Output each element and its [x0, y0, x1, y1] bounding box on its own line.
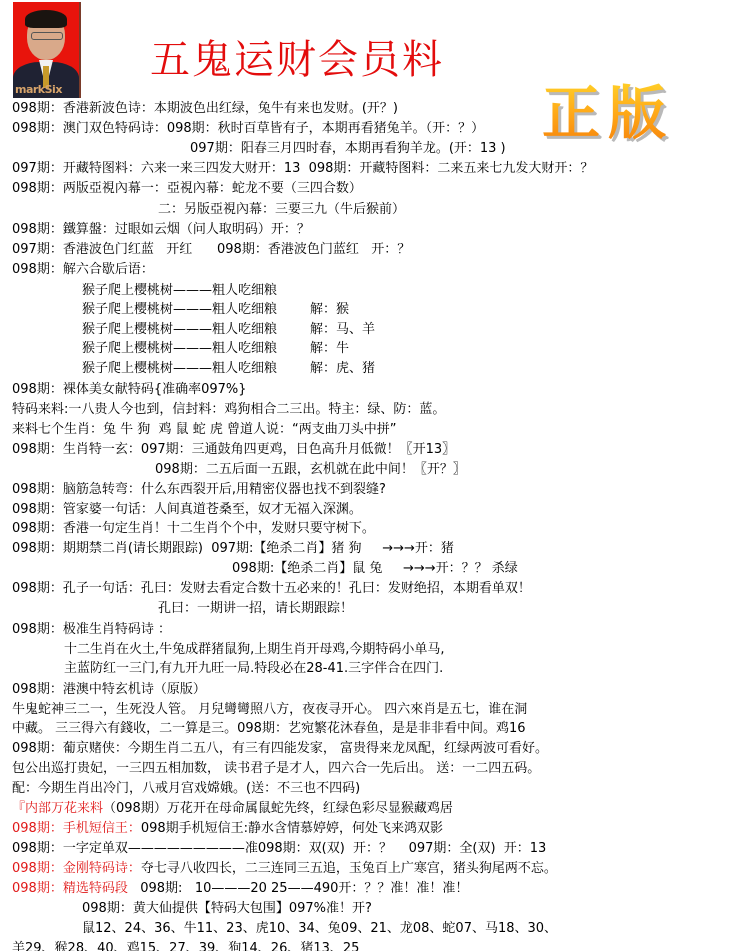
text-line: 098期:【绝杀二肖】鼠 兔 →→→开：？？ 杀绿 — [232, 560, 518, 578]
text-line: 098期：期期禁二肖(请长期跟踪) 097期:【绝杀二肖】猪 狗 →→→开：猪 — [12, 540, 454, 558]
line-text: 二：另版亞視內幕：三要三九（牛后猴前） — [158, 202, 405, 217]
text-line: 098期：脑筋急转弯：什么东西裂开后,用精密仪器也找不到裂缝? — [12, 481, 386, 499]
page-title: 五鬼运财会员料 — [150, 28, 444, 85]
text-line: 098期：澳门双色特码诗：098期：秋时百草皆有子，本期再看猪兔羊。（开：？） — [12, 120, 484, 138]
text-line: 猴子爬上樱桃树———粗人吃细粮 解：虎、猪 — [82, 360, 375, 378]
text-line: 猴子爬上樱桃树———粗人吃细粮 — [82, 282, 277, 300]
text-line: 098期：金刚特码诗：夺七寻八收四长，二三连同三五追，玉兔百上广寒宫，猪头狗尾两… — [12, 860, 557, 878]
line-text: 猴子爬上樱桃树———粗人吃细粮 解：牛 — [82, 341, 349, 356]
text-line: 牛鬼蛇神三二一，生死没人管。 月兒彎彎照八方，夜夜寻开心。 四六來肖是五七，谁在… — [12, 701, 527, 719]
line-text: 特码来料:一八贵人今也到，信封料：鸡狗相合二三出。特主：绿、防：蓝。 — [12, 402, 445, 417]
line-text: 猴子爬上樱桃树———粗人吃细粮 解：虎、猪 — [82, 361, 375, 376]
text-line: 098期：葡京赌侠：今期生肖二五八，有三有四能发家， 富贵得来龙凤配，红绿两波可… — [12, 740, 548, 758]
text-line: 十二生肖在火土,牛兔成群猪鼠狗,上期生肖开母鸡,今期特码小单马, — [64, 641, 445, 659]
line-text: 中藏。 三三得六有錢收，二一算是三。098期：艺宛繁花沐春鱼，是是非非看中间。鸡… — [12, 721, 526, 736]
line-text: 主蓝防红一三门,有九开九旺一局.特段必在28-41.三字伴合在四门. — [64, 661, 443, 676]
text-line: 包公出巡打贵妃，一三四五相加数， 读书君子是才人，四六合一先后出。 送：一二四五… — [12, 760, 540, 778]
line-text: 猴子爬上樱桃树———粗人吃细粮 解：马、羊 — [82, 322, 375, 337]
line-text: 098期：港澳中特玄机诗（原版） — [12, 682, 206, 697]
text-line: 098期：黄大仙提供【特码大包围】097%准！开? — [82, 900, 372, 918]
line-text: 098期：管家婆一句话：人间真道苍桑至，奴才无福入深渊。 — [12, 502, 362, 517]
line-text: 098期：香港新波色诗：本期波色出红绿，兔牛有来也发财。(开？) — [12, 101, 398, 116]
highlight-label: 『内部万花来料 — [12, 801, 103, 816]
line-text: 孔曰：一期讲一招，请长期跟踪！ — [158, 601, 353, 616]
text-line: 098期：鐵算盤：过眼如云烟（问人取明码）开：？ — [12, 221, 310, 239]
line-text: 098期：两版亞視內幕一：亞視內幕：蛇龙不要（三四合数） — [12, 181, 362, 196]
portrait-glasses-icon — [31, 32, 63, 40]
text-line: 羊29、猴28、40、鸡15、27、39、狗14、26、猪13、25 — [12, 940, 359, 951]
text-line: 098期：裸体美女献特码{准确率097%} — [12, 381, 247, 399]
line-text: 098期：葡京赌侠：今期生肖二五八，有三有四能发家， 富贵得来龙凤配，红绿两波可… — [12, 741, 548, 756]
text-line: 来料七个生肖：兔 牛 狗 鸡 鼠 蛇 虎 曾道人说：“两支曲刀头中拼” — [12, 421, 397, 439]
text-line: 鼠12、24、36、牛11、23、虎10、34、兔09、21、龙08、蛇07、马… — [82, 920, 557, 938]
logo-watermark: markSix — [15, 83, 62, 96]
line-text: 098期：生肖特一玄：097期：三通鼓角四更鸡，日色高升月低微！〖开13〗 — [12, 442, 455, 457]
text-line: 『内部万花来料（098期）万花开在母命属鼠蛇先终，红绿色彩尽显猴藏鸡居 — [12, 800, 453, 818]
highlight-label: 098期：金刚特码诗： — [12, 861, 141, 876]
line-text: 羊29、猴28、40、鸡15、27、39、狗14、26、猪13、25 — [12, 941, 359, 951]
line-text: 098期：一字定单双—————————准098期：双(双) 开：？ 097期：全… — [12, 841, 546, 856]
line-text: 包公出巡打贵妃，一三四五相加数， 读书君子是才人，四六合一先后出。 送：一二四五… — [12, 761, 540, 776]
line-text: 098期：期期禁二肖(请长期跟踪) 097期:【绝杀二肖】猪 狗 →→→开：猪 — [12, 541, 454, 556]
line-text: 098期:【绝杀二肖】鼠 兔 →→→开：？？ 杀绿 — [232, 561, 518, 576]
text-line: 配：今期生肖出冷门，八戒月宫戏嫦娥。(送：不三也不四码) — [12, 780, 360, 798]
line-text: 098期：裸体美女献特码{准确率097%} — [12, 382, 247, 397]
text-line: 098期：生肖特一玄：097期：三通鼓角四更鸡，日色高升月低微！〖开13〗 — [12, 441, 455, 459]
line-text: 夺七寻八收四长，二三连同三五追，玉兔百上广寒宫，猪头狗尾两不忘。 — [141, 861, 557, 876]
genuine-badge: 正版 — [542, 66, 674, 150]
portrait-hair — [25, 10, 67, 28]
text-line: 098期：港澳中特玄机诗（原版） — [12, 681, 206, 699]
line-text: 098期：极准生肖特码诗 ： — [12, 622, 171, 637]
text-line: 098期：管家婆一句话：人间真道苍桑至，奴才无福入深渊。 — [12, 501, 362, 519]
highlight-label: 098期：精选特码段 — [12, 881, 128, 896]
line-text: （098期）万花开在母命属鼠蛇先终，红绿色彩尽显猴藏鸡居 — [103, 801, 453, 816]
line-text: 098期：解六合歇后语： — [12, 262, 154, 277]
text-line: 098期：解六合歇后语： — [12, 261, 154, 279]
line-text: 鼠12、24、36、牛11、23、虎10、34、兔09、21、龙08、蛇07、马… — [82, 921, 557, 936]
line-text: 098期：澳门双色特码诗：098期：秋时百草皆有子，本期再看猪兔羊。（开：？） — [12, 121, 484, 136]
text-line: 097期：香港波色门红蓝 开红 098期：香港波色门蓝红 开：？ — [12, 241, 410, 259]
line-text: 来料七个生肖：兔 牛 狗 鸡 鼠 蛇 虎 曾道人说：“两支曲刀头中拼” — [12, 422, 397, 437]
highlight-label: 098期：手机短信王： — [12, 821, 141, 836]
text-line: 098期：手机短信王：098期手机短信王:静水含情慕婷婷，何处飞来鸿双影 — [12, 820, 443, 838]
text-line: 猴子爬上樱桃树———粗人吃细粮 解：牛 — [82, 340, 349, 358]
text-line: 098期：两版亞視內幕一：亞視內幕：蛇龙不要（三四合数） — [12, 180, 362, 198]
line-text: 098期: 10———20 25——490开：？？准！准！准！ — [128, 881, 469, 896]
line-text: 猴子爬上樱桃树———粗人吃细粮 解：猴 — [82, 302, 349, 317]
line-text: 097期：香港波色门红蓝 开红 098期：香港波色门蓝红 开：？ — [12, 242, 410, 257]
text-line: 098期：二五后面一五跟，玄机就在此中间！〖开？〗 — [155, 461, 466, 479]
portrait-logo: markSix — [13, 2, 81, 98]
line-text: 配：今期生肖出冷门，八戒月宫戏嫦娥。(送：不三也不四码) — [12, 781, 360, 796]
text-line: 猴子爬上樱桃树———粗人吃细粮 解：猴 — [82, 301, 349, 319]
text-line: 098期：孔子一句话：孔曰：发财去看定合数十五必来的！孔曰：发财绝招，本期看单双… — [12, 580, 531, 598]
text-line: 097期：开藏特图料：六来一来三四发大财开：13 098期：开藏特图料：二来五来… — [12, 160, 593, 178]
line-text: 098期：鐵算盤：过眼如云烟（问人取明码）开：？ — [12, 222, 310, 237]
line-text: 098期：香港一句定生肖！十二生肖个个中，发财只要守树下。 — [12, 521, 375, 536]
text-line: 猴子爬上樱桃树———粗人吃细粮 解：马、羊 — [82, 321, 375, 339]
text-line: 098期：香港一句定生肖！十二生肖个个中，发财只要守树下。 — [12, 520, 375, 538]
text-line: 098期：一字定单双—————————准098期：双(双) 开：？ 097期：全… — [12, 840, 546, 858]
text-line: 特码来料:一八贵人今也到，信封料：鸡狗相合二三出。特主：绿、防：蓝。 — [12, 401, 445, 419]
line-text: 牛鬼蛇神三二一，生死没人管。 月兒彎彎照八方，夜夜寻开心。 四六來肖是五七，谁在… — [12, 702, 527, 717]
line-text: 097期：阳春三月四时春，本期再看狗羊龙。(开：13 ) — [190, 141, 506, 156]
line-text: 097期：开藏特图料：六来一来三四发大财开：13 098期：开藏特图料：二来五来… — [12, 161, 593, 176]
line-text: 098期：孔子一句话：孔曰：发财去看定合数十五必来的！孔曰：发财绝招，本期看单双… — [12, 581, 531, 596]
line-text: 猴子爬上樱桃树———粗人吃细粮 — [82, 283, 277, 298]
text-line: 098期：精选特码段 098期: 10———20 25——490开：？？准！准！… — [12, 880, 468, 898]
text-line: 中藏。 三三得六有錢收，二一算是三。098期：艺宛繁花沐春鱼，是是非非看中间。鸡… — [12, 720, 526, 738]
text-line: 097期：阳春三月四时春，本期再看狗羊龙。(开：13 ) — [190, 140, 506, 158]
text-line: 098期：极准生肖特码诗 ： — [12, 621, 171, 639]
line-text: 十二生肖在火土,牛兔成群猪鼠狗,上期生肖开母鸡,今期特码小单马, — [64, 642, 445, 657]
text-line: 主蓝防红一三门,有九开九旺一局.特段必在28-41.三字伴合在四门. — [64, 660, 443, 678]
text-line: 098期：香港新波色诗：本期波色出红绿，兔牛有来也发财。(开？) — [12, 100, 398, 118]
text-line: 二：另版亞視內幕：三要三九（牛后猴前） — [158, 201, 405, 219]
line-text: 098期手机短信王:静水含情慕婷婷，何处飞来鸿双影 — [141, 821, 443, 836]
text-line: 孔曰：一期讲一招，请长期跟踪！ — [158, 600, 353, 618]
line-text: 098期：脑筋急转弯：什么东西裂开后,用精密仪器也找不到裂缝? — [12, 482, 386, 497]
line-text: 098期：黄大仙提供【特码大包围】097%准！开? — [82, 901, 372, 916]
line-text: 098期：二五后面一五跟，玄机就在此中间！〖开？〗 — [155, 462, 466, 477]
